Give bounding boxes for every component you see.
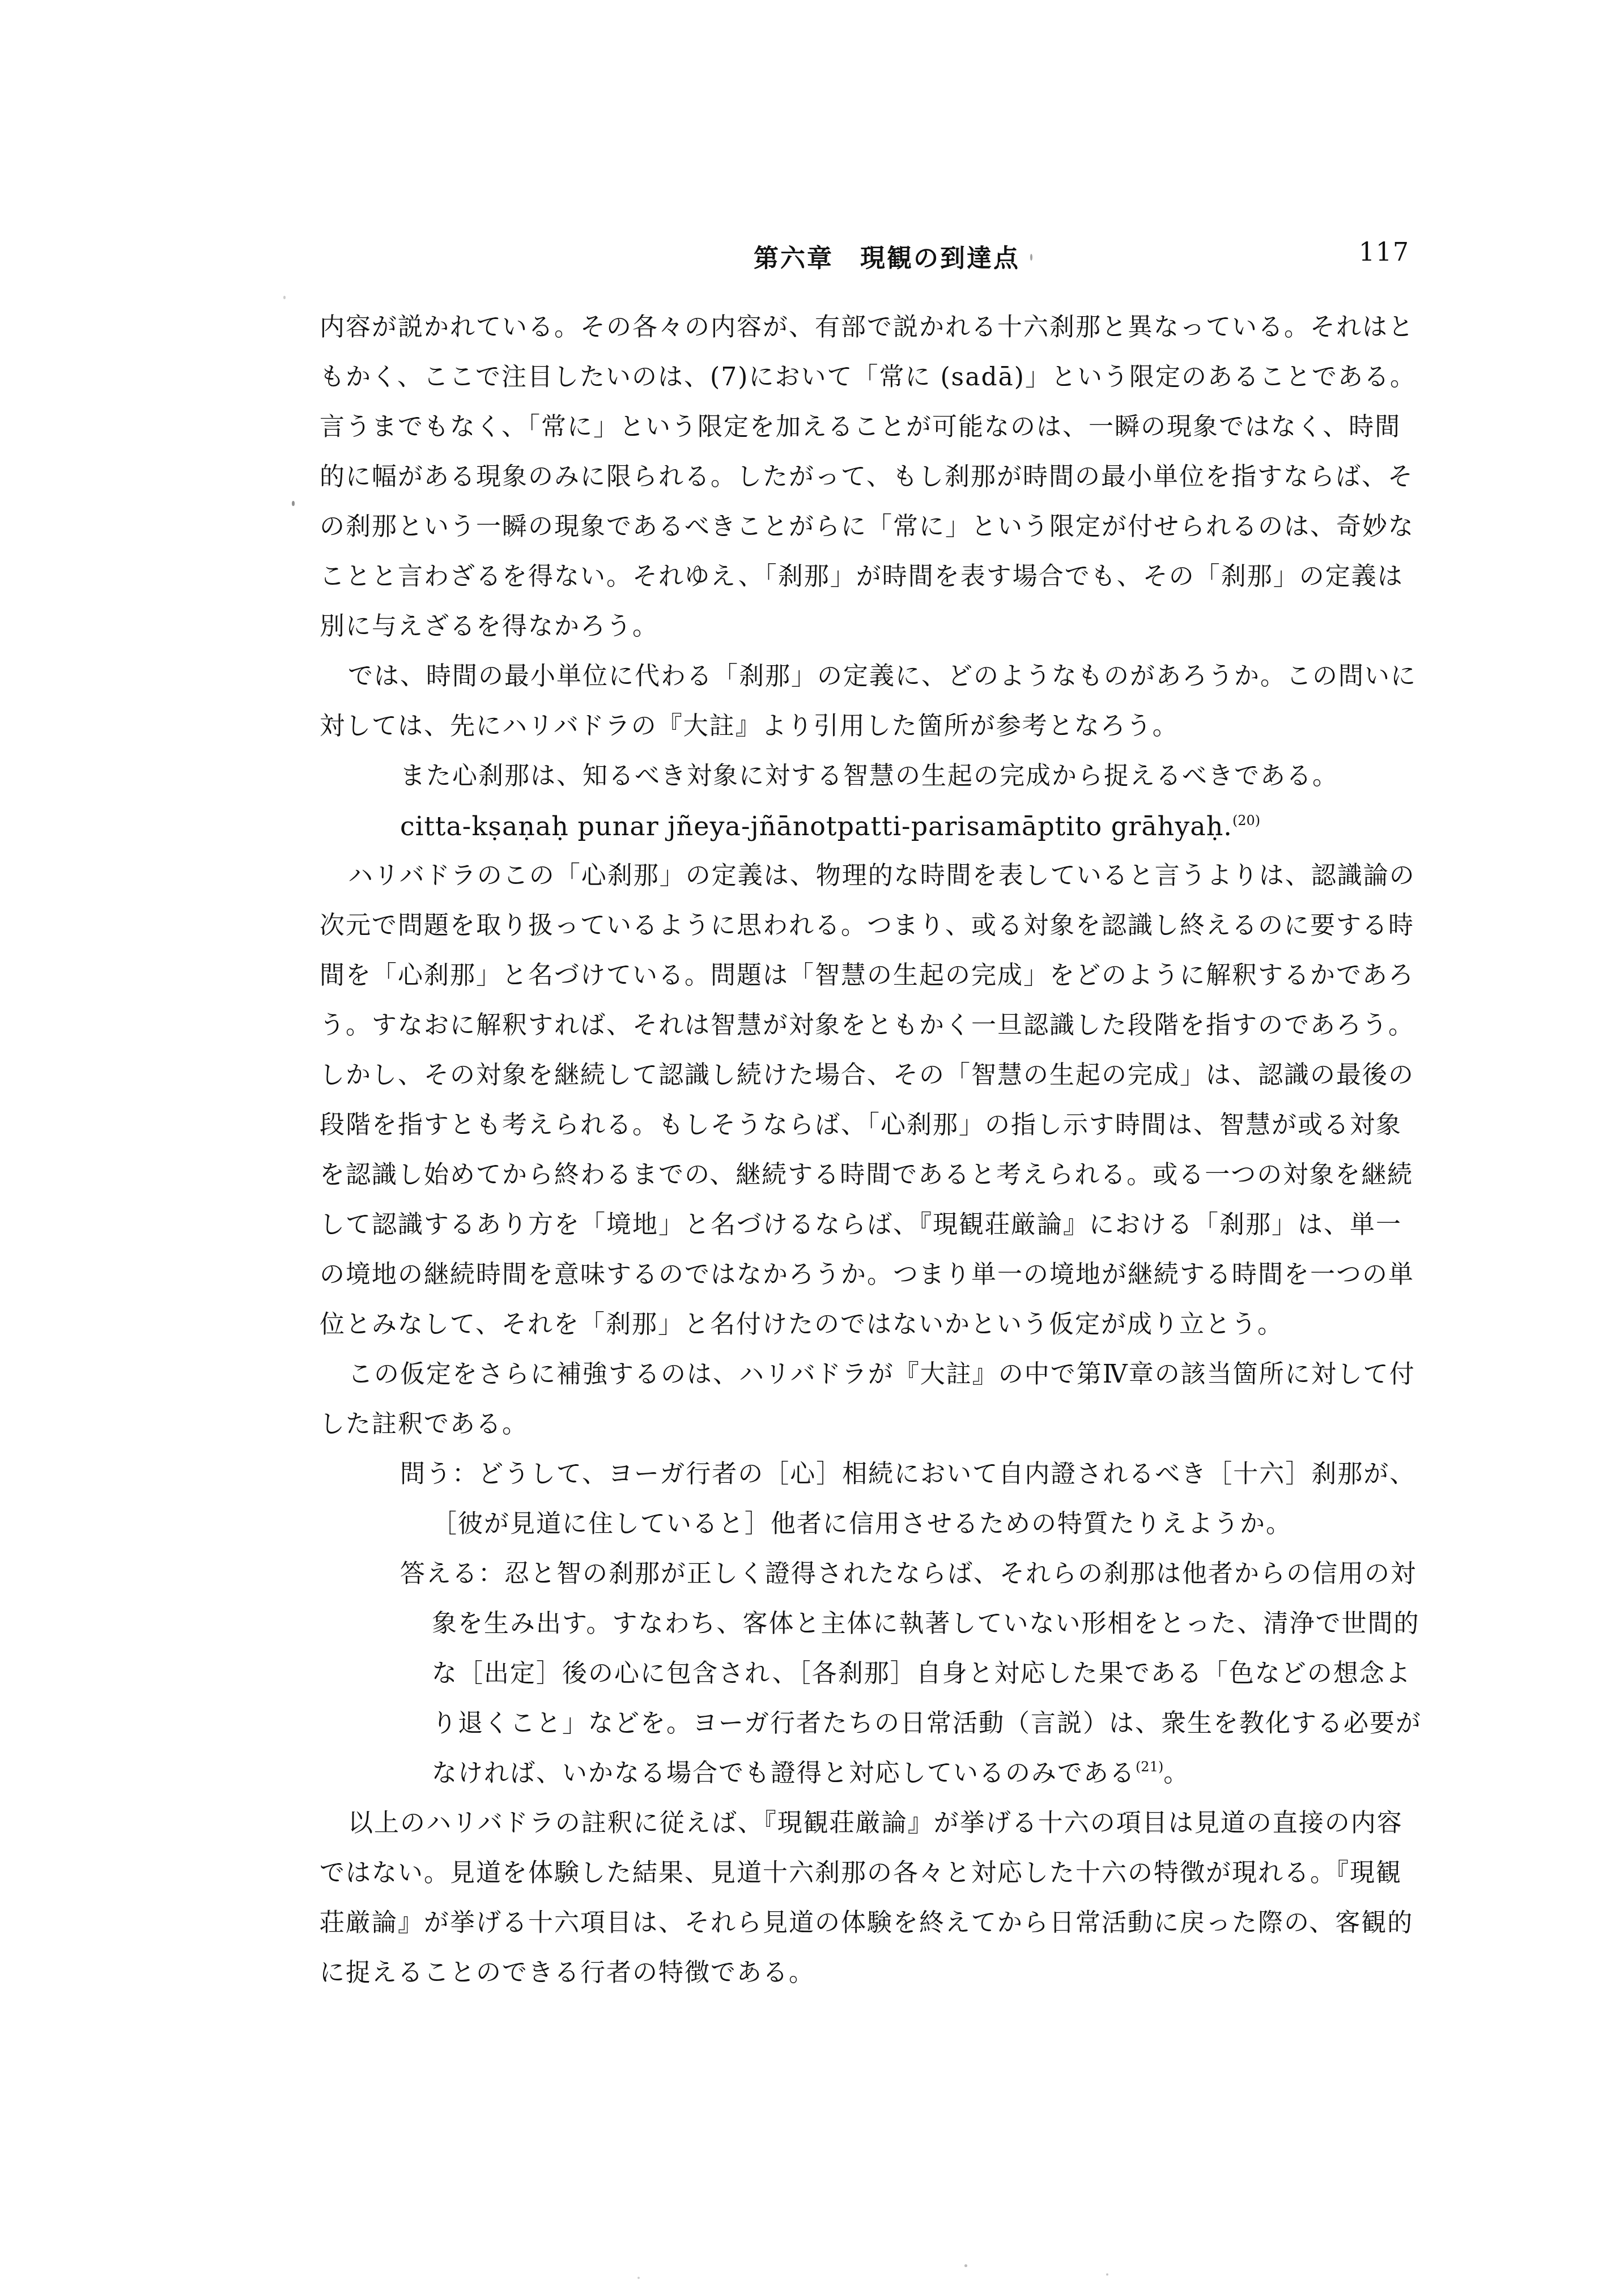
scan-speck [964, 2264, 967, 2267]
text-line-content: 次元で問題を取り扱っているように思われる。つまり、或る対象を認識し終えるのに要す… [320, 911, 1414, 940]
text-line-content: なければ、いかなる場合でも證得と対応しているのみである [432, 1759, 1136, 1788]
text-line-content: もかく、ここで注目したいのは、(7)において「常に (sadā)」という限定のあ… [320, 363, 1416, 392]
text-line: 答える：忍と智の刹那が正しく證得されたならば、それらの刹那は他者からの信用の対 [320, 1549, 1453, 1599]
text-line-content: 間を「心刹那」と名づけている。問題は「智慧の生起の完成」をどのように解釈するかで… [320, 961, 1414, 990]
text-line: もかく、ここで注目したいのは、(7)において「常に (sadā)」という限定のあ… [320, 352, 1453, 402]
text-line: ハリバドラのこの「心刹那」の定義は、物理的な時間を表していると言うよりは、認識論… [320, 851, 1453, 901]
text-line: 間を「心刹那」と名づけている。問題は「智慧の生起の完成」をどのように解釈するかで… [320, 951, 1453, 1001]
text-line-content: 対しては、先にハリバドラの『大註』より引用した箇所が参考となろう。 [320, 712, 1179, 741]
text-line-content: 答える：忍と智の刹那が正しく證得されたならば、それらの刹那は他者からの信用の対 [400, 1559, 1417, 1588]
text-line: しかし、その対象を継続して認識し続けた場合、その「智慧の生起の完成」は、認識の最… [320, 1051, 1453, 1100]
text-line-content: 内容が説かれている。その各々の内容が、有部で説かれる十六刹那と異なっている。それ… [320, 313, 1414, 342]
text-line: 以上のハリバドラの註釈に従えば、『現観荘厳論』が挙げる十六の項目は見道の直接の内… [320, 1798, 1453, 1848]
text-line-content: ハリバドラのこの「心刹那」の定義は、物理的な時間を表していると言うよりは、認識論… [348, 861, 1415, 890]
text-line: な［出定］後の心に包含され、［各刹那］自身と対応した果である「色などの想念よ [320, 1649, 1453, 1699]
page-number: 117 [1359, 238, 1410, 267]
text-line: 次元で問題を取り扱っているように思われる。つまり、或る対象を認識し終えるのに要す… [320, 901, 1453, 951]
text-line-content: しかし、その対象を継続して認識し続けた場合、その「智慧の生起の完成」は、認識の最… [320, 1061, 1414, 1090]
text-line: ［彼が見道に住していると］他者に信用させるための特質たりえようか。 [320, 1499, 1453, 1549]
text-line-content: ことと言わざるを得ない。それゆえ、「刹那」が時間を表す場合でも、その「刹那」の定… [320, 562, 1404, 591]
scan-speck [1030, 254, 1032, 261]
text-line: 的に幅がある現象のみに限られる。したがって、もし刹那が時間の最小単位を指すならば… [320, 452, 1453, 502]
text-line: 荘厳論』が挙げる十六項目は、それら見道の体験を終えてから日常活動に戻った際の、客… [320, 1898, 1453, 1948]
text-line-content: 荘厳論』が挙げる十六項目は、それら見道の体験を終えてから日常活動に戻った際の、客… [320, 1908, 1413, 1937]
text-line-content: 的に幅がある現象のみに限られる。したがって、もし刹那が時間の最小単位を指すならば… [320, 462, 1414, 491]
text-line-content: citta-kṣaṇaḥ punar jñeya-jñānotpatti-par… [400, 811, 1232, 841]
text-line-content: 別に与えざるを得なかろう。 [320, 612, 658, 641]
text-line: この仮定をさらに補強するのは、ハリバドラが『大註』の中で第Ⅳ章の該当箇所に対して… [320, 1350, 1453, 1400]
scan-speck [292, 501, 295, 506]
text-line-content: では、時間の最小単位に代わる「刹那」の定義に、どのようなものがあろうか。この問い… [348, 662, 1417, 691]
text-line-content: な［出定］後の心に包含され、［各刹那］自身と対応した果である「色などの想念よ [432, 1659, 1412, 1688]
text-line: に捉えることのできる行者の特徴である。 [320, 1948, 1453, 1998]
text-line-content: 以上のハリバドラの註釈に従えば、『現観荘厳論』が挙げる十六の項目は見道の直接の内… [348, 1809, 1403, 1838]
text-line: した註釈である。 [320, 1400, 1453, 1449]
text-line: 象を生み出す。すなわち、客体と主体に執著していない形相をとった、清浄で世間的 [320, 1599, 1453, 1649]
text-line-content: の刹那という一瞬の現象であるべきことがらに「常に」という限定が付せられるのは、奇… [320, 512, 1414, 541]
text-line-content: 位とみなして、それを「刹那」と名付けたのではないかという仮定が成り立とう。 [320, 1310, 1283, 1339]
scan-speck [1106, 2273, 1108, 2276]
text-line: citta-kṣaṇaḥ punar jñeya-jñānotpatti-par… [320, 801, 1453, 851]
text-line: を認識し始めてから終わるまでの、継続する時間であると考えられる。或る一つの対象を… [320, 1150, 1453, 1200]
scan-speck [283, 296, 286, 299]
text-line-content: ［彼が見道に住していると］他者に信用させるための特質たりえようか。 [432, 1510, 1292, 1538]
text-line: 位とみなして、それを「刹那」と名付けたのではないかという仮定が成り立とう。 [320, 1300, 1453, 1350]
text-line-content: 。 [1163, 1759, 1189, 1788]
text-line-content: 段階を指すとも考えられる。もしそうならば、「心刹那」の指し示す時間は、智慧が或る… [320, 1111, 1402, 1140]
text-line: う。すなおに解釈すれば、それは智慧が対象をともかく一旦認識した段階を指すのであろ… [320, 1001, 1453, 1051]
text-line-content: う。すなおに解釈すれば、それは智慧が対象をともかく一旦認識した段階を指すのであろ… [320, 1011, 1414, 1040]
text-line-content: に捉えることのできる行者の特徴である。 [320, 1958, 815, 1987]
text-line: また心刹那は、知るべき対象に対する智慧の生起の完成から捉えるべきである。 [320, 751, 1453, 801]
text-line: の境地の継続時間を意味するのではなかろうか。つまり単一の境地が継続する時間を一つ… [320, 1250, 1453, 1300]
text-line-content: また心刹那は、知るべき対象に対する智慧の生起の完成から捉えるべきである。 [400, 762, 1338, 790]
text-line-content: した註釈である。 [320, 1410, 528, 1439]
text-line: り退くこと」などを。ヨーガ行者たちの日常活動（言説）は、衆生を教化する必要が [320, 1699, 1453, 1749]
body-text: 内容が説かれている。その各々の内容が、有部で説かれる十六刹那と異なっている。それ… [320, 303, 1453, 1998]
text-line: では、時間の最小単位に代わる「刹那」の定義に、どのようなものがあろうか。この問い… [320, 652, 1453, 701]
text-line-content: して認識するあり方を「境地」と名づけるならば、『現観荘厳論』における「刹那」は、… [320, 1210, 1402, 1239]
text-line-content: の境地の継続時間を意味するのではなかろうか。つまり単一の境地が継続する時間を一つ… [320, 1260, 1414, 1289]
text-line-content: 象を生み出す。すなわち、客体と主体に執著していない形相をとった、清浄で世間的 [432, 1609, 1420, 1638]
text-line-content: 言うまでもなく、「常に」という限定を加えることが可能なのは、一瞬の現象ではなく、… [320, 413, 1401, 441]
text-line: 内容が説かれている。その各々の内容が、有部で説かれる十六刹那と異なっている。それ… [320, 303, 1453, 352]
footnote-marker: (21) [1136, 1759, 1163, 1775]
chapter-title: 第六章 現観の到達点 [754, 238, 1020, 274]
text-line: 段階を指すとも考えられる。もしそうならば、「心刹那」の指し示す時間は、智慧が或る… [320, 1100, 1453, 1150]
text-line: なければ、いかなる場合でも證得と対応しているのみである(21)。 [320, 1749, 1453, 1798]
text-line-content: この仮定をさらに補強するのは、ハリバドラが『大註』の中で第Ⅳ章の該当箇所に対して… [348, 1360, 1415, 1389]
text-line-content: り退くこと」などを。ヨーガ行者たちの日常活動（言説）は、衆生を教化する必要が [432, 1709, 1422, 1738]
text-line: 対しては、先にハリバドラの『大註』より引用した箇所が参考となろう。 [320, 701, 1453, 751]
text-line: 言うまでもなく、「常に」という限定を加えることが可能なのは、一瞬の現象ではなく、… [320, 402, 1453, 452]
text-line-content: を認識し始めてから終わるまでの、継続する時間であると考えられる。或る一つの対象を… [320, 1160, 1413, 1189]
running-head: 第六章 現観の到達点 117 [0, 238, 1624, 267]
scanned-book-page: 第六章 現観の到達点 117 内容が説かれている。その各々の内容が、有部で説かれ… [0, 0, 1624, 2296]
text-line: ことと言わざるを得ない。それゆえ、「刹那」が時間を表す場合でも、その「刹那」の定… [320, 552, 1453, 602]
text-line-content: 問う：どうして、ヨーガ行者の［心］相続において自内證されるべき［十六］刹那が、 [400, 1460, 1415, 1489]
text-line: して認識するあり方を「境地」と名づけるならば、『現観荘厳論』における「刹那」は、… [320, 1200, 1453, 1250]
footnote-marker: (20) [1232, 813, 1260, 828]
text-line: ではない。見道を体験した結果、見道十六刹那の各々と対応した十六の特徴が現れる。『… [320, 1848, 1453, 1898]
scan-speck [637, 2277, 640, 2279]
text-line: 別に与えざるを得なかろう。 [320, 602, 1453, 652]
text-line: 問う：どうして、ヨーガ行者の［心］相続において自内證されるべき［十六］刹那が、 [320, 1449, 1453, 1499]
text-line-content: ではない。見道を体験した結果、見道十六刹那の各々と対応した十六の特徴が現れる。『… [320, 1859, 1402, 1887]
text-line: の刹那という一瞬の現象であるべきことがらに「常に」という限定が付せられるのは、奇… [320, 502, 1453, 552]
